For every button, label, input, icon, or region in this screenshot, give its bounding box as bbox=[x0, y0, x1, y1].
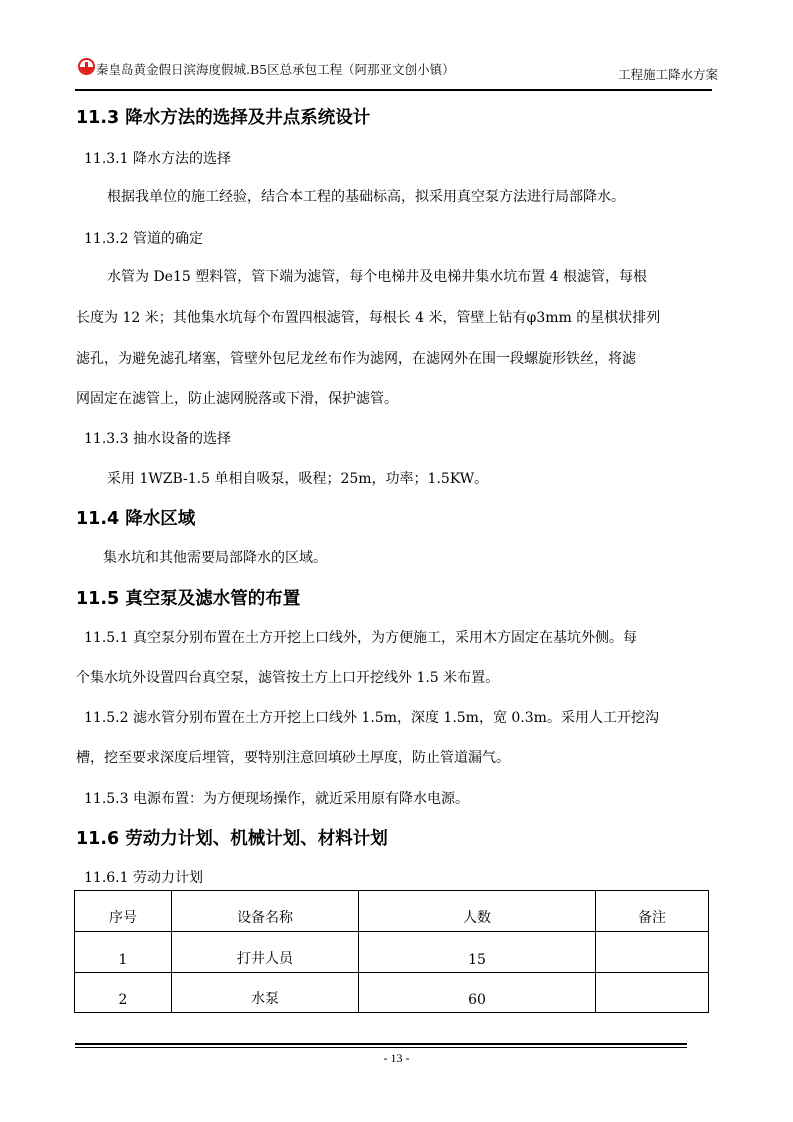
paragraph-line: 长度为 12 米；其他集水坑每个布置四根滤管，每根长 4 米，管壁上钻有φ3mm… bbox=[76, 307, 660, 327]
paragraph-line: 网固定在滤管上，防止滤网脱落或下滑，保护滤管。 bbox=[76, 388, 398, 408]
table-cell: 1 bbox=[75, 932, 172, 973]
company-logo-icon bbox=[78, 58, 95, 75]
paragraph-line: 个集水坑外设置四台真空泵，滤管按土方上口开挖线外 1.5 米布置。 bbox=[76, 667, 499, 687]
paragraph-11-4: 集水坑和其他需要局部降水的区域。 bbox=[103, 547, 327, 567]
heading-11-4: 11.4 降水区域 bbox=[76, 505, 195, 530]
header-doc-title: 工程施工降水方案 bbox=[618, 65, 718, 83]
table-cell: 60 bbox=[359, 973, 596, 1013]
table-cell: 打井人员 bbox=[172, 932, 359, 973]
table-cell: 15 bbox=[359, 932, 596, 973]
column-header: 人数 bbox=[359, 891, 596, 932]
heading-11-3: 11.3 降水方法的选择及井点系统设计 bbox=[76, 104, 370, 129]
header-project-title: 秦皇岛黄金假日滨海度假城.B5区总承包工程（阿那亚文创小镇） bbox=[96, 60, 455, 78]
column-header: 序号 bbox=[75, 891, 172, 932]
footer-divider bbox=[75, 1043, 687, 1045]
heading-11-6-1: 11.6.1 劳动力计划 bbox=[84, 867, 203, 887]
paragraph-line: 滤孔，为避免滤孔堵塞，管壁外包尼龙丝布作为滤网，在滤网外在围一段螺旋形铁丝，将滤 bbox=[76, 348, 636, 368]
table-cell: 水泵 bbox=[172, 973, 359, 1013]
table-header-row: 序号 设备名称 人数 备注 bbox=[75, 891, 709, 932]
heading-11-3-2: 11.3.2 管道的确定 bbox=[84, 228, 203, 248]
table-row: 2 水泵 60 bbox=[75, 973, 709, 1013]
table-cell bbox=[596, 973, 709, 1013]
heading-11-6: 11.6 劳动力计划、机械计划、材料计划 bbox=[76, 825, 388, 850]
paragraph-line: 水管为 De15 塑料管，管下端为滤管，每个电梯井及电梯井集水坑布置 4 根滤管… bbox=[107, 266, 647, 286]
paragraph-line: 槽，挖至要求深度后埋管，要特别注意回填砂土厚度，防止管道漏气。 bbox=[76, 747, 510, 767]
header-divider bbox=[75, 89, 712, 91]
column-header: 备注 bbox=[596, 891, 709, 932]
heading-11-3-1: 11.3.1 降水方法的选择 bbox=[84, 148, 231, 168]
page-number: - 13 - bbox=[0, 1051, 793, 1066]
heading-11-5: 11.5 真空泵及滤水管的布置 bbox=[76, 585, 300, 610]
table-cell bbox=[596, 932, 709, 973]
paragraph-11-3-1: 根据我单位的施工经验，结合本工程的基础标高，拟采用真空泵方法进行局部降水。 bbox=[107, 186, 625, 206]
paragraph-11-3-3: 采用 1WZB-1.5 单相自吸泵，吸程；25m，功率；1.5KW。 bbox=[107, 468, 488, 488]
paragraph-line: 11.5.1 真空泵分别布置在土方开挖上口线外，为方便施工，采用木方固定在基坑外… bbox=[84, 627, 637, 647]
column-header: 设备名称 bbox=[172, 891, 359, 932]
heading-11-3-3: 11.3.3 抽水设备的选择 bbox=[84, 428, 231, 448]
table-row: 1 打井人员 15 bbox=[75, 932, 709, 973]
paragraph-11-5-3: 11.5.3 电源布置：为方便现场操作，就近采用原有降水电源。 bbox=[84, 788, 469, 808]
footer-divider bbox=[75, 1047, 687, 1048]
labor-plan-table: 序号 设备名称 人数 备注 1 打井人员 15 2 水泵 60 bbox=[74, 890, 709, 1013]
page-header-project: 秦皇岛黄金假日滨海度假城.B5区总承包工程（阿那亚文创小镇） bbox=[78, 60, 455, 78]
paragraph-line: 11.5.2 滤水管分别布置在土方开挖上口线外 1.5m，深度 1.5m，宽 0… bbox=[84, 707, 659, 727]
table-cell: 2 bbox=[75, 973, 172, 1013]
